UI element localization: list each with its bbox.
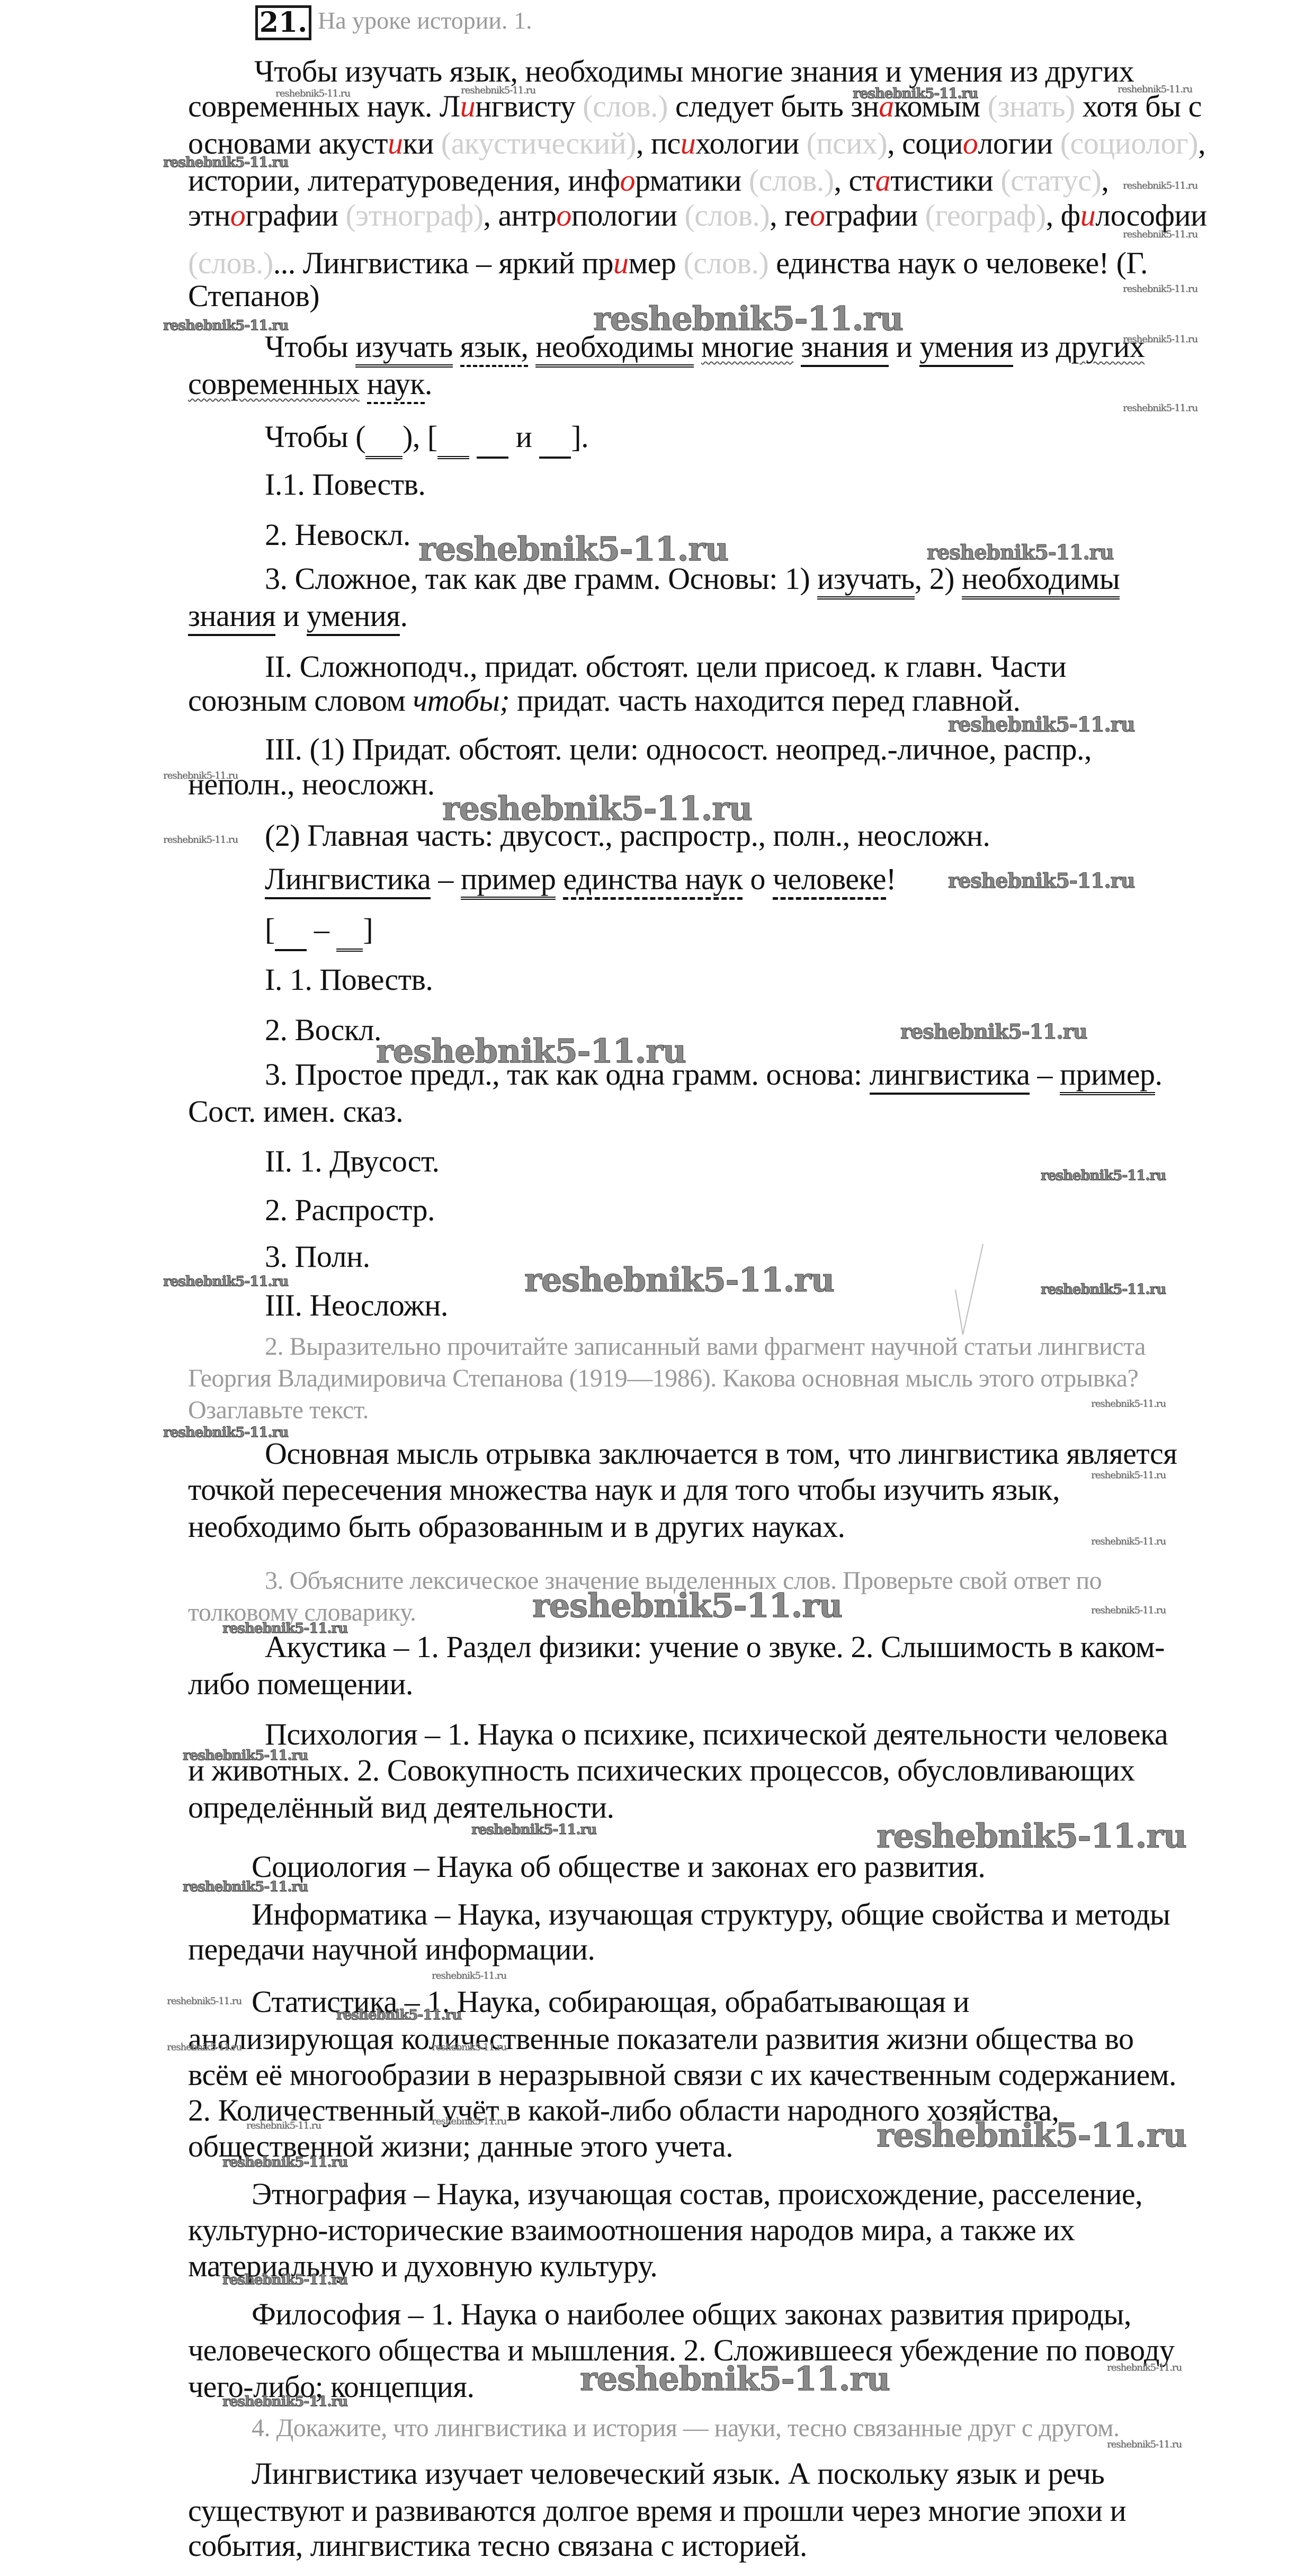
- analysis-2-item: 2. Воскл.: [265, 1012, 381, 1049]
- analysis-1-item: 2. Невоскл.: [265, 516, 410, 553]
- task-2-answer: точкой пересечения множества наук и для …: [188, 1471, 1060, 1508]
- subject-word: умения: [919, 329, 1013, 367]
- watermark: reshebnik5-11.ru: [532, 1586, 842, 1625]
- watermark: reshebnik5-11.ru: [163, 318, 288, 334]
- predicate-word: изучать: [355, 329, 452, 368]
- watermark: reshebnik5-11.ru: [222, 1621, 347, 1636]
- analysis-2-item: Сост. имен. сказ.: [188, 1093, 403, 1130]
- analysis-1-item: союзным словом чтобы; придат. часть нахо…: [188, 682, 1021, 719]
- passage-line-7: Степанов): [188, 278, 319, 315]
- watermark: reshebnik5-11.ru: [927, 540, 1113, 564]
- definition-line: культурно-исторические взаимоотношения н…: [188, 2212, 1075, 2249]
- passage-line-6: (слов.)... Лингвистика – яркий пример (с…: [188, 245, 1148, 282]
- definition-line: Социология – Наука об обществе и законах…: [252, 1848, 985, 1885]
- watermark: reshebnik5-11.ru: [580, 2359, 890, 2398]
- hint-word: (слов.): [583, 89, 668, 123]
- analysis-1-item: II. Сложноподч., придат. обстоят. цели п…: [265, 648, 1066, 685]
- watermark: reshebnik5-11.ru: [900, 1019, 1087, 1043]
- definition-line: либо помещении.: [188, 1666, 413, 1703]
- watermark: reshebnik5-11.ru: [948, 712, 1134, 736]
- watermark: reshebnik5-11.ru: [1091, 1536, 1166, 1547]
- definition-line: Психология – 1. Наука о психике, психиче…: [265, 1716, 1168, 1753]
- watermark: reshebnik5-11.ru: [336, 2007, 461, 2023]
- watermark: reshebnik5-11.ru: [246, 2120, 321, 2131]
- inserted-letter: о: [963, 126, 978, 160]
- watermark: reshebnik5-11.ru: [1091, 1605, 1166, 1616]
- watermark: reshebnik5-11.ru: [183, 1748, 308, 1764]
- inserted-letter: о: [556, 198, 571, 232]
- watermark: reshebnik5-11.ru: [442, 789, 752, 828]
- task-4-answer: события, лингвистика тесно связана с ист…: [188, 2527, 807, 2564]
- attribute-word: единства наук: [563, 862, 743, 900]
- watermark: reshebnik5-11.ru: [1123, 334, 1197, 345]
- definition-line: всём её многообразии в неразрывной связи…: [188, 2056, 1176, 2094]
- watermark: reshebnik5-11.ru: [1107, 2439, 1182, 2450]
- analysis-2-item: 2. Распростр.: [265, 1192, 435, 1229]
- hint-word: (слов.): [749, 163, 834, 198]
- scheme-subject-mark: [275, 911, 307, 951]
- object-word: язык,: [460, 329, 529, 367]
- definition-line: Акустика – 1. Раздел физики: учение о зв…: [265, 1629, 1165, 1666]
- inserted-letter: о: [230, 198, 246, 232]
- task-4-answer: Лингвистика изучает человеческий язык. А…: [252, 2455, 1104, 2492]
- object-word: человеке: [773, 862, 886, 900]
- watermark: reshebnik5-11.ru: [1123, 402, 1197, 414]
- watermark: reshebnik5-11.ru: [163, 834, 238, 845]
- analysis-1-item: I.1. Повеств.: [265, 466, 425, 503]
- watermark: reshebnik5-11.ru: [1041, 1168, 1166, 1184]
- parsed-sentence-1-line-2: современных наук.: [188, 365, 432, 402]
- definition-line: Этнография – Наука, изучающая состав, пр…: [252, 2176, 1142, 2213]
- watermark: reshebnik5-11.ru: [167, 2042, 242, 2053]
- watermark: reshebnik5-11.ru: [222, 2154, 347, 2170]
- watermark: reshebnik5-11.ru: [1123, 180, 1197, 191]
- watermark: reshebnik5-11.ru: [1118, 84, 1192, 95]
- analysis-1-item: III. (1) Придат. обстоят. цели: односост…: [265, 731, 1092, 768]
- inserted-letter: и: [681, 126, 696, 160]
- sentence-scheme-1: Чтобы ( ), [ и ].: [265, 418, 588, 459]
- watermark: reshebnik5-11.ru: [432, 2116, 506, 2127]
- inserted-letter: и: [388, 126, 403, 160]
- passage-line-1: Чтобы изучать язык, необходимы многие зн…: [254, 53, 1134, 90]
- watermark: reshebnik5-11.ru: [222, 2394, 347, 2410]
- scheme-predicate-mark: [437, 418, 469, 459]
- textbook-page: 21. На уроке истории. 1. Чтобы изучать я…: [0, 0, 1314, 2576]
- watermark: reshebnik5-11.ru: [183, 1879, 308, 1895]
- passage-line-5: этнографии (этнограф), антропологии (сло…: [188, 197, 1207, 234]
- definition-line: передачи научной информации.: [188, 1931, 595, 1968]
- watermark: reshebnik5-11.ru: [432, 2042, 506, 2053]
- watermark: reshebnik5-11.ru: [853, 86, 978, 102]
- inserted-letter: о: [810, 198, 825, 232]
- predicate-word: пример: [461, 862, 556, 900]
- watermark: reshebnik5-11.ru: [593, 299, 903, 338]
- analysis-2-item: II. 1. Двусост.: [265, 1143, 440, 1180]
- watermark: reshebnik5-11.ru: [1091, 1470, 1166, 1481]
- inserted-letter: и: [1080, 198, 1096, 232]
- watermark: reshebnik5-11.ru: [167, 1996, 242, 2007]
- watermark: reshebnik5-11.ru: [432, 1970, 506, 1981]
- task-2-question: Озаглавьте текст.: [188, 1392, 369, 1429]
- attribute-word: современных: [188, 366, 360, 401]
- hint-word: (псих): [807, 126, 887, 160]
- task-4-question: 4. Докажите, что лингвистика и история —…: [252, 2410, 1119, 2447]
- passage-line-3: основами акустики (акустический), психол…: [188, 125, 1205, 162]
- watermark: reshebnik5-11.ru: [877, 1817, 1186, 1855]
- hint-word: (акустический): [441, 126, 636, 160]
- parsed-sentence-2: Лингвистика – пример единства наук о чел…: [265, 861, 896, 898]
- watermark: reshebnik5-11.ru: [376, 1032, 686, 1070]
- hint-word: (знать): [988, 89, 1075, 123]
- hint-word: (слов.): [683, 246, 768, 280]
- inserted-letter: о: [620, 163, 636, 198]
- definition-line: определённый вид деятельности.: [188, 1789, 614, 1826]
- watermark: reshebnik5-11.ru: [275, 88, 350, 99]
- hint-word: (географ): [925, 198, 1046, 232]
- task-2-answer: Основная мысль отрывка заключается в том…: [265, 1435, 1177, 1472]
- watermark: reshebnik5-11.ru: [163, 1274, 288, 1290]
- watermark: reshebnik5-11.ru: [471, 1822, 596, 1838]
- task-4-answer: существуют и развиваются долгое время и …: [188, 2492, 1126, 2529]
- passage-line-4: истории, литературоведения, информатики …: [188, 162, 1109, 199]
- task-2-answer: необходимо быть образованным и в других …: [188, 1508, 845, 1545]
- hint-word: (слов.): [188, 246, 273, 280]
- analysis-1-item: знания и умения.: [188, 597, 407, 634]
- scheme-predicate-mark: [365, 418, 403, 459]
- analysis-2-item: 3. Полн.: [265, 1238, 370, 1275]
- definition-line: Информатика – Наука, изучающая структуру…: [252, 1896, 1170, 1933]
- object-word: наук: [367, 366, 425, 404]
- hint-word: (социолог): [1060, 126, 1198, 160]
- watermark: reshebnik5-11.ru: [1107, 2362, 1182, 2373]
- watermark: reshebnik5-11.ru: [948, 869, 1134, 892]
- sentence-scheme-2: [ – ]: [265, 911, 373, 952]
- hint-word: (этнограф): [345, 198, 483, 232]
- watermark: reshebnik5-11.ru: [1123, 229, 1197, 240]
- watermark: reshebnik5-11.ru: [1123, 283, 1197, 294]
- inserted-letter: и: [613, 246, 629, 280]
- watermark: reshebnik5-11.ru: [222, 2272, 347, 2288]
- scheme-subject-mark: [539, 418, 571, 459]
- hint-word: (статус): [1000, 163, 1101, 198]
- scheme-predicate-mark: [336, 911, 363, 952]
- watermark: reshebnik5-11.ru: [877, 2116, 1186, 2154]
- inserted-letter: а: [875, 163, 891, 198]
- watermark: reshebnik5-11.ru: [524, 1260, 834, 1299]
- watermark: reshebnik5-11.ru: [1041, 1282, 1166, 1298]
- definition-line: Философия – 1. Наука о наиболее общих за…: [252, 2296, 1131, 2333]
- analysis-2-item: I. 1. Повеств.: [265, 961, 433, 998]
- exercise-title: На уроке истории. 1.: [318, 6, 532, 34]
- watermark: reshebnik5-11.ru: [1091, 1398, 1166, 1409]
- subject-word: Лингвистика: [265, 862, 431, 899]
- definition-line: и животных. 2. Совокупность психических …: [188, 1752, 1135, 1789]
- watermark: reshebnik5-11.ru: [163, 155, 288, 171]
- check-mark-icon: [953, 1242, 985, 1337]
- watermark: reshebnik5-11.ru: [163, 1425, 288, 1441]
- watermark: reshebnik5-11.ru: [163, 770, 238, 781]
- watermark: reshebnik5-11.ru: [461, 85, 535, 96]
- scheme-subject-mark: [477, 418, 508, 459]
- exercise-number: 21.: [255, 5, 311, 40]
- analysis-2-item: III. Неосложн.: [265, 1287, 448, 1324]
- definition-line: анализирующая количественные показатели …: [188, 2020, 1133, 2058]
- watermark: reshebnik5-11.ru: [418, 530, 728, 568]
- hint-word: (слов.): [684, 198, 770, 232]
